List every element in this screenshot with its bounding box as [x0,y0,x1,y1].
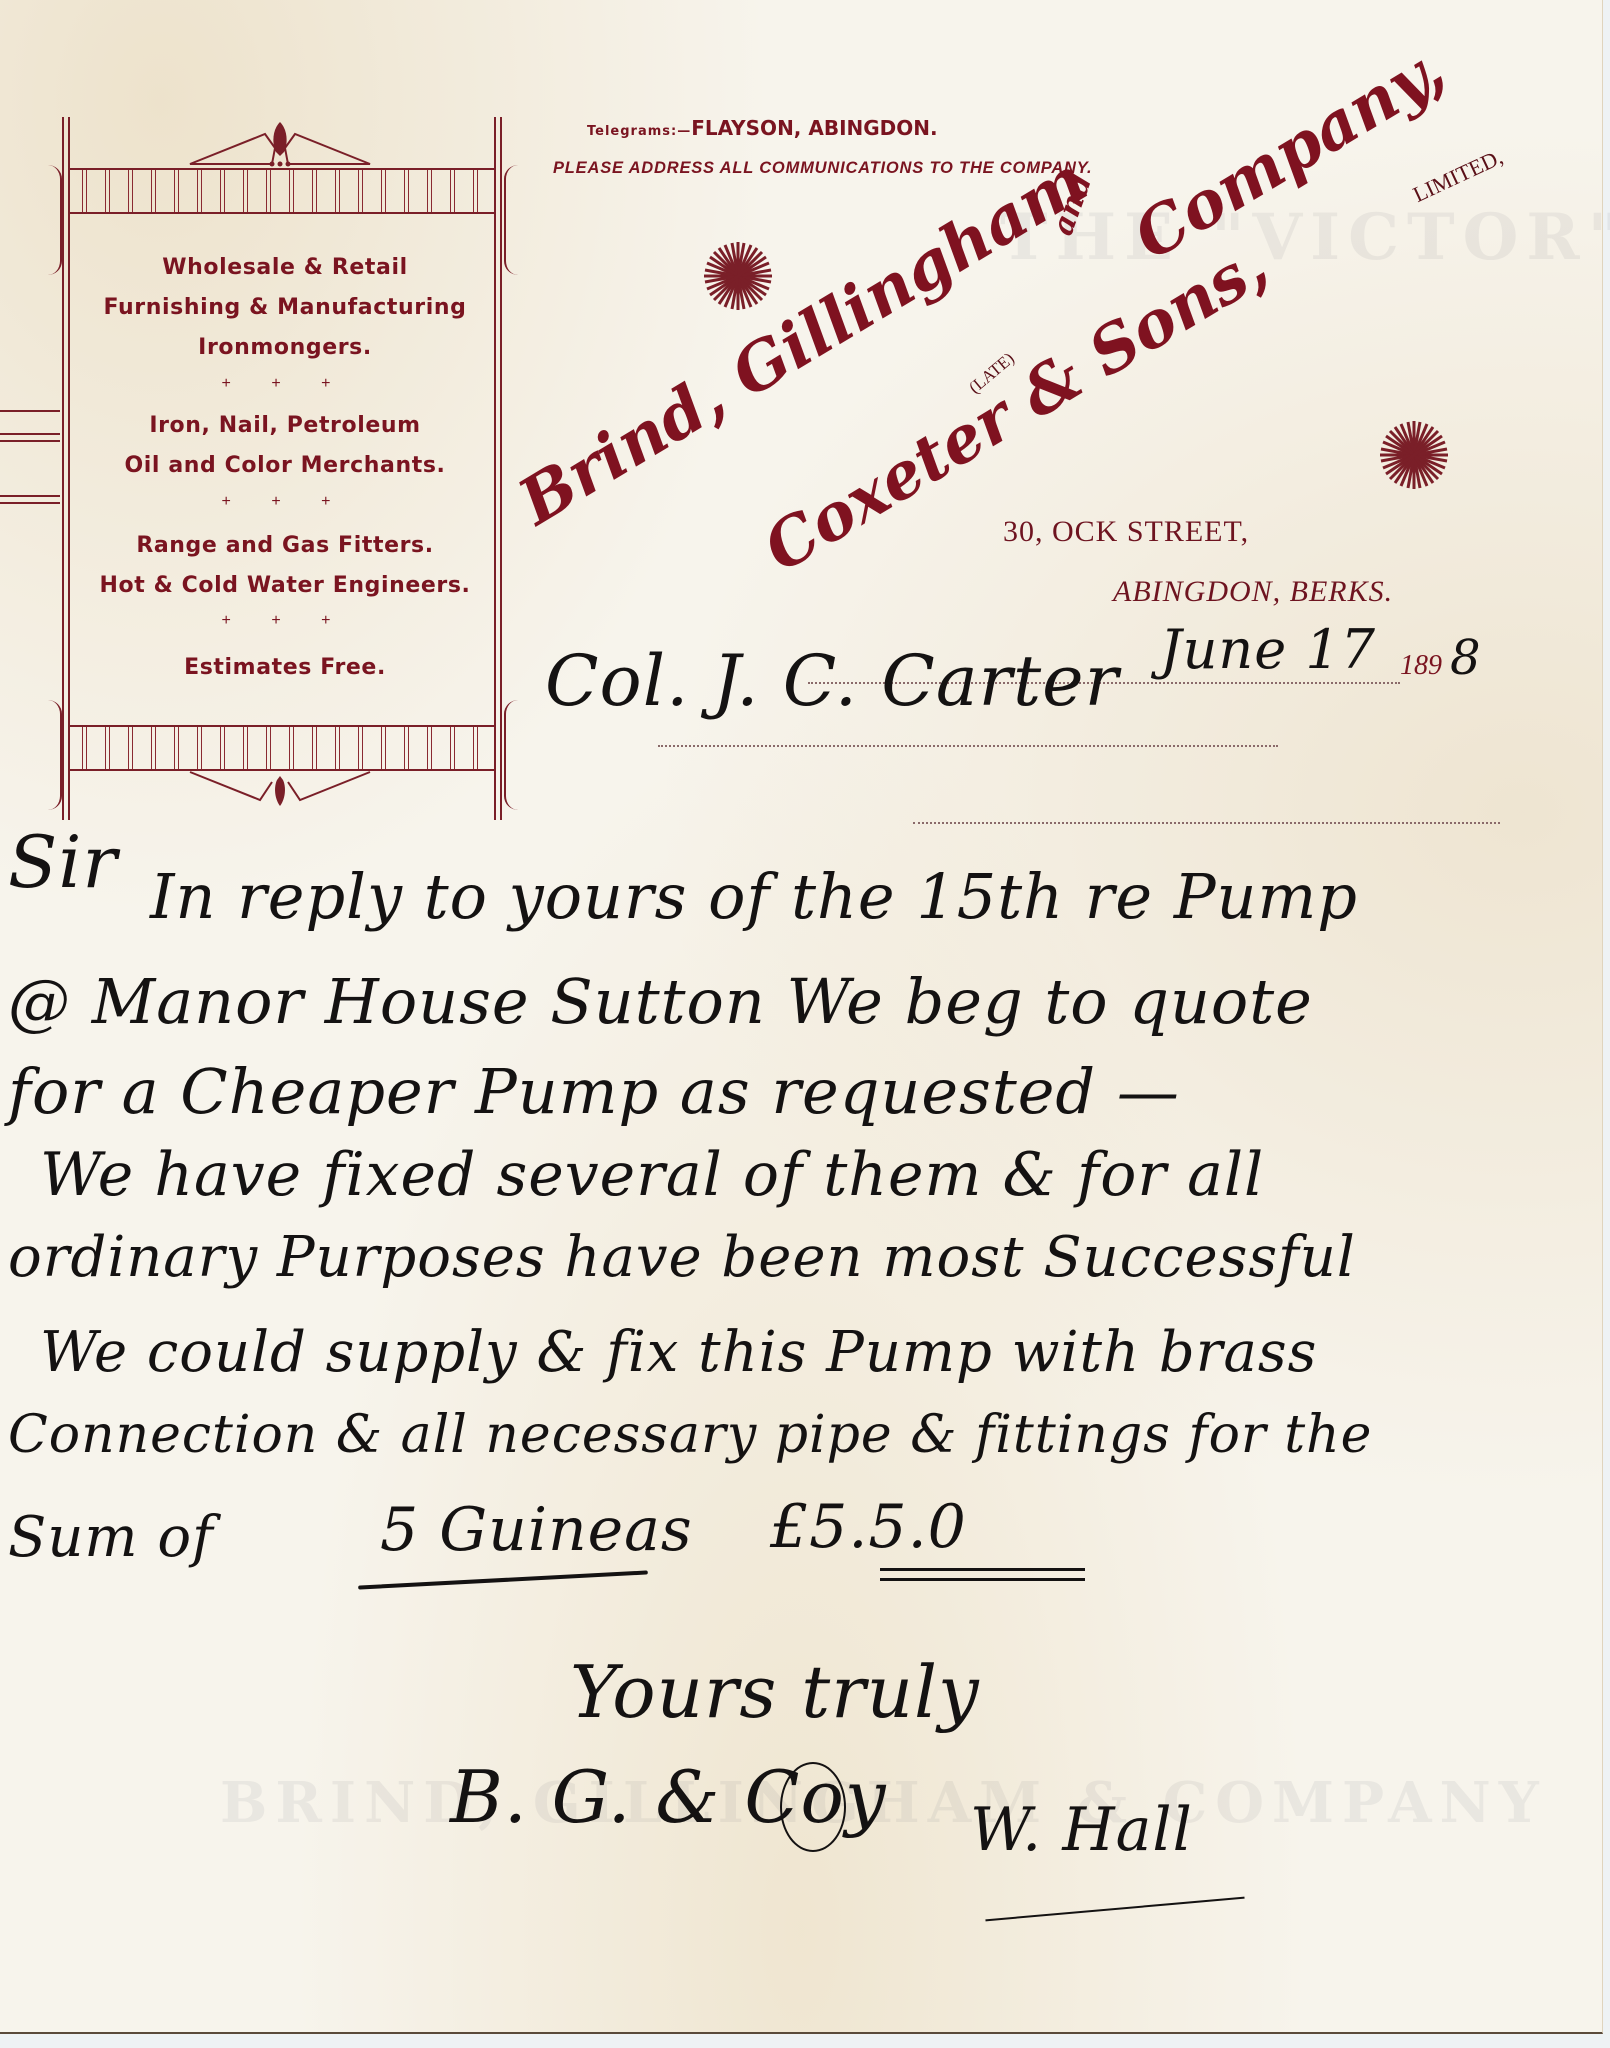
body-line: We could supply & fix this Pump with bra… [40,1320,1317,1385]
crest-ornament-icon [180,770,380,810]
separator-crosses: + + + [80,493,490,511]
signature-name: W. Hall [970,1795,1193,1865]
street-address: 30, OCK STREET, [1003,515,1249,549]
crest-ornament-icon [180,118,380,168]
address-rule-2 [913,822,1500,824]
separator-crosses: + + + [80,612,490,630]
body-line: In reply to yours of the 15th re Pump [150,860,1358,933]
sidebar-line: Iron, Nail, Petroleum [80,406,490,446]
body-line: We have fixed several of them & for all [40,1140,1264,1210]
company-name-primary: Brind, Gillingham [506,143,1099,540]
year-prefix: 189 [1400,650,1442,682]
sidebar-line: Range and Gas Fitters. [80,526,490,566]
body-line: Connection & all necessary pipe & fittin… [8,1405,1372,1465]
telegrams-label: Telegrams:— [587,124,691,139]
limited-label: LIMITED, [1409,144,1507,208]
sunburst-ornament-icon [1376,417,1452,493]
amount-words: 5 Guineas [380,1495,693,1565]
amount-figures-underline [880,1578,1085,1581]
amount-figures-underline [880,1568,1085,1571]
addressee: Col. J. C. Carter [545,640,1119,722]
addressee-rule [658,745,1278,747]
salutation: Sir [8,820,118,904]
sidebar-line: Ironmongers. [80,328,490,368]
body-line: @ Manor House Sutton We beg to quote [8,965,1313,1038]
body-line: for a Cheaper Pump as requested — [8,1055,1180,1128]
letter-paper: THE "VICTOR" PUMP BRIND, GILLINGHAM & CO… [0,0,1603,2034]
separator-crosses: + + + [80,375,490,393]
signature-flourish [985,1897,1244,1922]
amount-figures: £5.5.0 [770,1492,967,1562]
date-handwritten: June 17 [1160,618,1376,681]
town-address: ABINGDON, BERKS. [1113,575,1393,609]
sidebar-line: Furnishing & Manufacturing [80,288,490,328]
picket-border-top [70,168,495,214]
signature-circle [780,1762,846,1852]
sunburst-ornament-icon [700,238,776,314]
closing: Yours truly [570,1650,980,1734]
telegrams-address: FLAYSON, ABINGDON. [691,116,937,140]
sidebar-line: Wholesale & Retail [80,248,490,288]
sidebar-line: Hot & Cold Water Engineers. [80,566,490,606]
body-line: Sum of [8,1505,214,1570]
body-line: ordinary Purposes have been most Success… [8,1225,1356,1290]
picket-border-bottom [70,725,495,771]
year-suffix: 8 [1450,630,1482,686]
company-name-brind-gillingham: Brind, Gillingham [506,143,1099,540]
telegrams-line: Telegrams:—FLAYSON, ABINGDON. [587,116,938,140]
amount-words-underline [358,1570,648,1589]
sidebar-line: Estimates Free. [80,648,490,688]
sidebar-line: Oil and Color Merchants. [80,446,490,486]
